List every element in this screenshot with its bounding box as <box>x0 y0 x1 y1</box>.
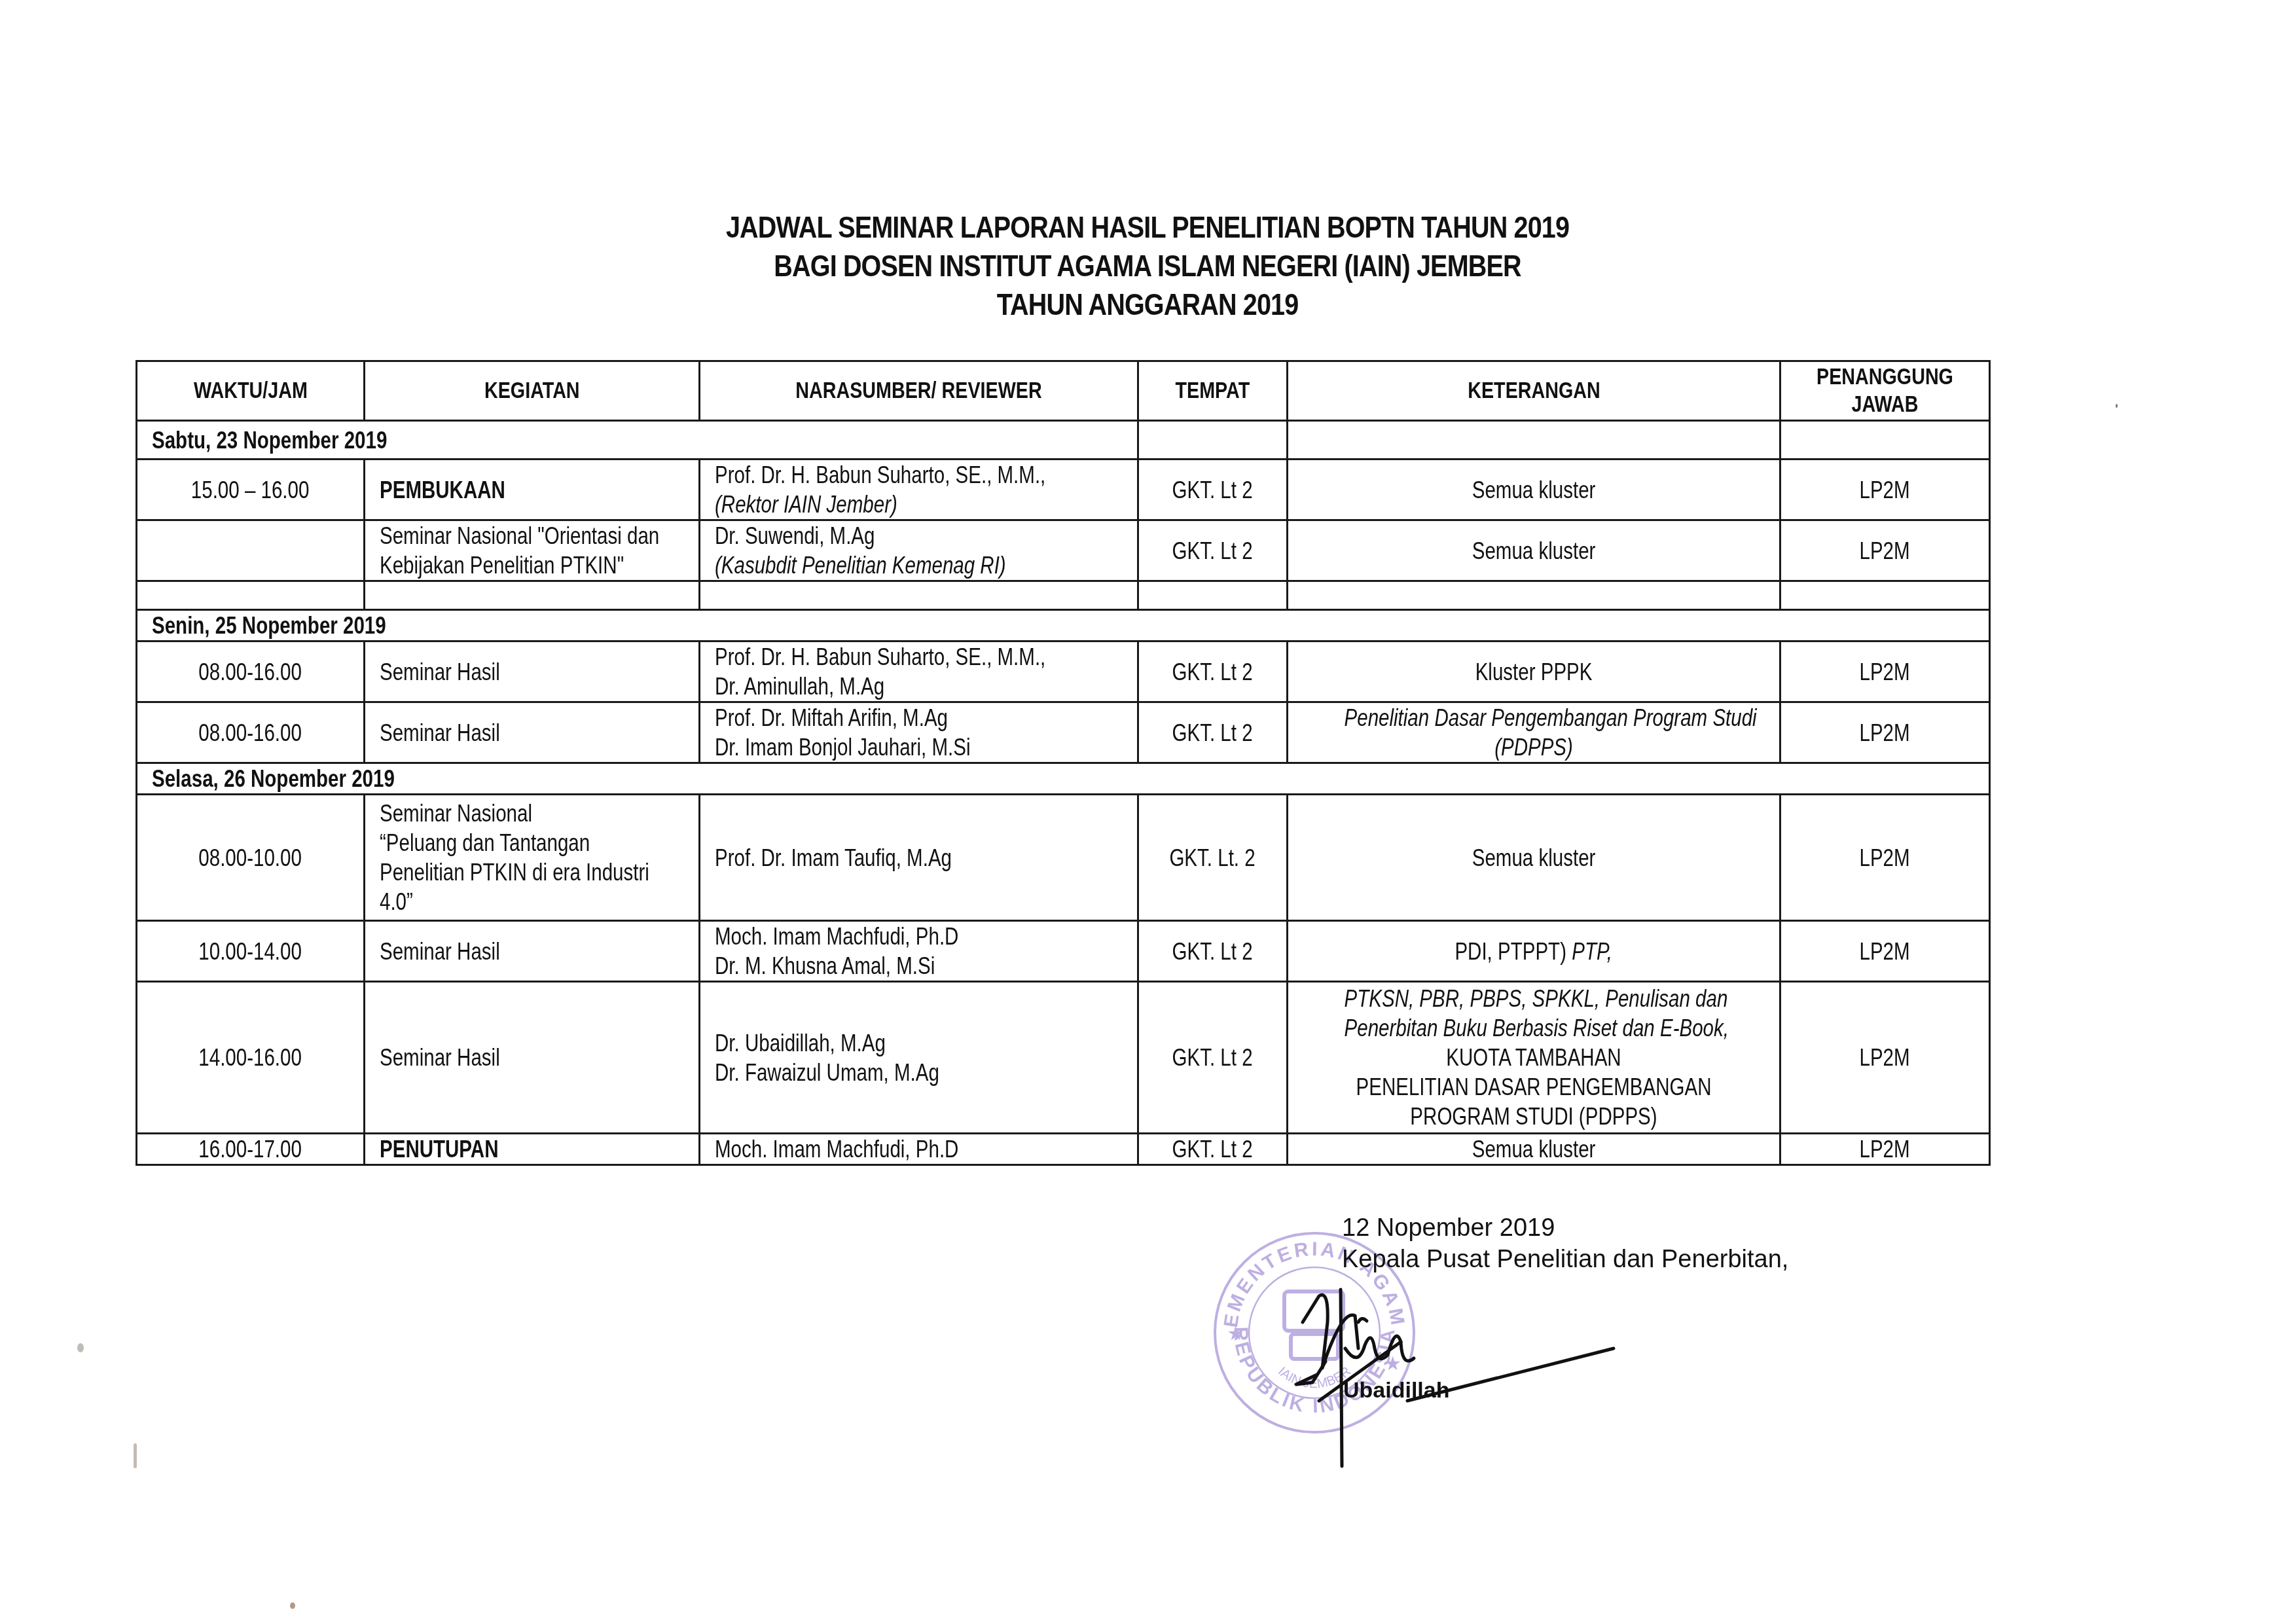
header-keterangan: KETERANGAN <box>1288 361 1780 421</box>
cell-waktu <box>137 520 365 581</box>
cell-narasumber: Prof. Dr. Miftah Arifin, M.Ag Dr. Imam B… <box>700 702 1138 763</box>
empty-cell <box>700 581 1138 610</box>
header-penanggung-jawab: PENANGGUNG JAWAB <box>1780 361 1990 421</box>
cell-waktu: 08.00-10.00 <box>137 795 365 921</box>
empty-cell <box>137 581 365 610</box>
cell-keterangan: Semua kluster <box>1288 795 1780 921</box>
cell-narasumber: Dr. Ubaidillah, M.Ag Dr. Fawaizul Umam, … <box>700 982 1138 1134</box>
cell-penanggung-jawab: LP2M <box>1780 641 1990 702</box>
signer-name: Ubaidillah <box>1343 1378 1449 1403</box>
scan-speck <box>77 1343 84 1352</box>
cell-tempat: GKT. Lt 2 <box>1138 520 1288 581</box>
cell-tempat: GKT. Lt 2 <box>1138 1134 1288 1165</box>
date-row-selasa: Selasa, 26 Nopember 2019 <box>137 763 1990 795</box>
header-waktu: WAKTU/JAM <box>137 361 365 421</box>
table-row: 10.00-14.00 Seminar Hasil Moch. Imam Mac… <box>137 921 1990 982</box>
date-cell: Sabtu, 23 Nopember 2019 <box>137 421 1138 460</box>
cell-kegiatan: Seminar Hasil <box>365 702 700 763</box>
cell-keterangan: Kluster PPPK <box>1288 641 1780 702</box>
cell-waktu: 15.00 – 16.00 <box>137 460 365 520</box>
empty-cell <box>1288 581 1780 610</box>
table-row: Seminar Nasional "Orientasi dan Kebijaka… <box>137 520 1990 581</box>
table-row: 15.00 – 16.00 PEMBUKAAN Prof. Dr. H. Bab… <box>137 460 1990 520</box>
cell-narasumber: Moch. Imam Machfudi, Ph.D <box>700 1134 1138 1165</box>
cell-keterangan: Penelitian Dasar Pengembangan Program St… <box>1288 702 1780 763</box>
cell-kegiatan: Seminar Nasional “Peluang dan Tantangan … <box>365 795 700 921</box>
table-row: 16.00-17.00 PENUTUPAN Moch. Imam Machfud… <box>137 1134 1990 1165</box>
cell-penanggung-jawab: LP2M <box>1780 921 1990 982</box>
cell-waktu: 08.00-16.00 <box>137 641 365 702</box>
cell-penanggung-jawab: LP2M <box>1780 795 1990 921</box>
cell-kegiatan: Seminar Nasional "Orientasi dan Kebijaka… <box>365 520 700 581</box>
date-row-senin: Senin, 25 Nopember 2019 <box>137 610 1990 641</box>
header-kegiatan: KEGIATAN <box>365 361 700 421</box>
date-row-sabtu: Sabtu, 23 Nopember 2019 <box>137 421 1990 460</box>
cell-penanggung-jawab: LP2M <box>1780 1134 1990 1165</box>
signature-date: 12 Nopember 2019 <box>1342 1212 1788 1244</box>
cell-kegiatan: PEMBUKAAN <box>365 460 700 520</box>
date-cell: Senin, 25 Nopember 2019 <box>137 610 1990 641</box>
cell-tempat: GKT. Lt. 2 <box>1138 795 1288 921</box>
cell-narasumber: Dr. Suwendi, M.Ag (Kasubdit Penelitian K… <box>700 520 1138 581</box>
table-row: 08.00-16.00 Seminar Hasil Prof. Dr. Mift… <box>137 702 1990 763</box>
document-title: JADWAL SEMINAR LAPORAN HASIL PENELITIAN … <box>160 208 2134 324</box>
title-line-3: TAHUN ANGGARAN 2019 <box>160 285 2134 324</box>
cell-penanggung-jawab: LP2M <box>1780 982 1990 1134</box>
cell-kegiatan: Seminar Hasil <box>365 982 700 1134</box>
cell-kegiatan: PENUTUPAN <box>365 1134 700 1165</box>
cell-narasumber: Prof. Dr. H. Babun Suharto, SE., M.M., D… <box>700 641 1138 702</box>
cell-tempat: GKT. Lt 2 <box>1138 460 1288 520</box>
cell-keterangan: Semua kluster <box>1288 520 1780 581</box>
cell-kegiatan: Seminar Hasil <box>365 641 700 702</box>
cell-penanggung-jawab: LP2M <box>1780 460 1990 520</box>
table-row: 08.00-16.00 Seminar Hasil Prof. Dr. H. B… <box>137 641 1990 702</box>
cell-tempat: GKT. Lt 2 <box>1138 641 1288 702</box>
empty-row <box>137 581 1990 610</box>
cell-kegiatan: Seminar Hasil <box>365 921 700 982</box>
cell-keterangan: PDI, PTPPT) PTP, <box>1288 921 1780 982</box>
cell-narasumber: Prof. Dr. H. Babun Suharto, SE., M.M., (… <box>700 460 1138 520</box>
scan-speck <box>134 1443 137 1468</box>
cell-tempat: GKT. Lt 2 <box>1138 921 1288 982</box>
svg-text:★: ★ <box>1228 1324 1244 1343</box>
table-row: 08.00-10.00 Seminar Nasional “Peluang da… <box>137 795 1990 921</box>
header-tempat: TEMPAT <box>1138 361 1288 421</box>
cell-waktu: 10.00-14.00 <box>137 921 365 982</box>
empty-cell <box>1780 421 1990 460</box>
table-header-row: WAKTU/JAM KEGIATAN NARASUMBER/ REVIEWER … <box>137 361 1990 421</box>
empty-cell <box>1780 581 1990 610</box>
handwritten-signature-icon <box>1283 1270 1676 1479</box>
cell-keterangan: PTKSN, PBR, PBPS, SPKKL, Penulisan dan P… <box>1288 982 1780 1134</box>
cell-tempat: GKT. Lt 2 <box>1138 702 1288 763</box>
title-line-2: BAGI DOSEN INSTITUT AGAMA ISLAM NEGERI (… <box>160 247 2134 285</box>
header-narasumber: NARASUMBER/ REVIEWER <box>700 361 1138 421</box>
empty-cell <box>1138 421 1288 460</box>
signature-block: 12 Nopember 2019 Kepala Pusat Penelitian… <box>1342 1212 1788 1275</box>
empty-cell <box>365 581 700 610</box>
scan-speck <box>290 1602 295 1609</box>
cell-waktu: 16.00-17.00 <box>137 1134 365 1165</box>
empty-cell <box>1138 581 1288 610</box>
schedule-table: WAKTU/JAM KEGIATAN NARASUMBER/ REVIEWER … <box>136 360 1991 1166</box>
cell-penanggung-jawab: LP2M <box>1780 520 1990 581</box>
date-cell: Selasa, 26 Nopember 2019 <box>137 763 1990 795</box>
cell-waktu: 08.00-16.00 <box>137 702 365 763</box>
table-row: 14.00-16.00 Seminar Hasil Dr. Ubaidillah… <box>137 982 1990 1134</box>
cell-narasumber: Moch. Imam Machfudi, Ph.D Dr. M. Khusna … <box>700 921 1138 982</box>
empty-cell <box>1288 421 1780 460</box>
scan-speck <box>2116 404 2118 408</box>
cell-penanggung-jawab: LP2M <box>1780 702 1990 763</box>
cell-keterangan: Semua kluster <box>1288 460 1780 520</box>
title-line-1: JADWAL SEMINAR LAPORAN HASIL PENELITIAN … <box>160 208 2134 247</box>
cell-narasumber: Prof. Dr. Imam Taufiq, M.Ag <box>700 795 1138 921</box>
cell-waktu: 14.00-16.00 <box>137 982 365 1134</box>
cell-keterangan: Semua kluster <box>1288 1134 1780 1165</box>
cell-tempat: GKT. Lt 2 <box>1138 982 1288 1134</box>
